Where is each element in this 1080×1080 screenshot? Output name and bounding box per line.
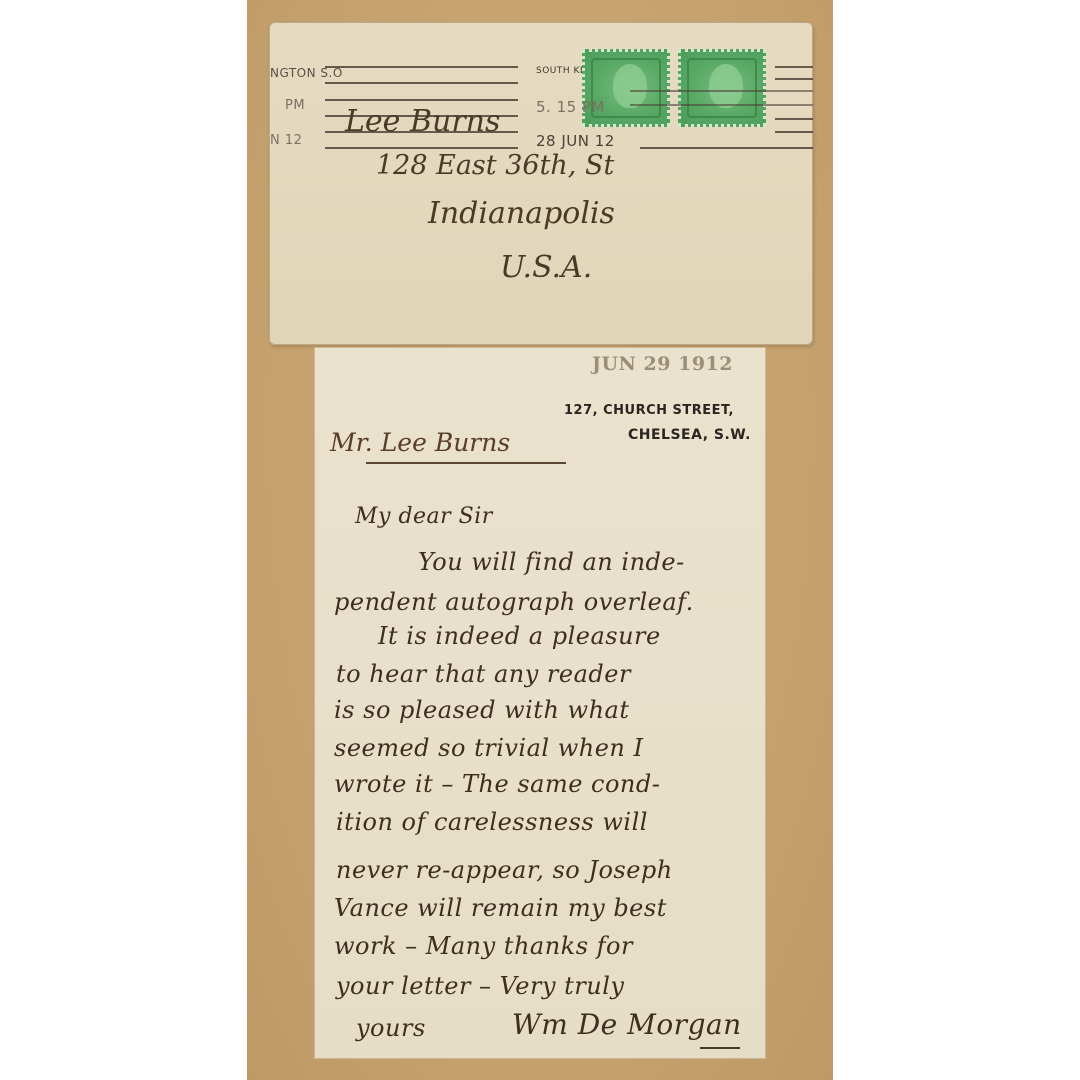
letter-line: ition of carelessness will [336, 808, 648, 836]
letter-signature: Wm De Morgan [512, 1008, 742, 1041]
letter-line: to hear that any reader [336, 660, 631, 688]
letterhead-line-1: 127, CHURCH STREET, [564, 403, 734, 418]
envelope-street: 128 East 36th, St [376, 150, 614, 181]
recipient-underline [366, 462, 566, 464]
letter-line: pendent autograph overleaf. [334, 588, 694, 616]
postmark-right-time: 5. 15 PM [536, 98, 605, 116]
envelope-country: U.S.A. [500, 250, 592, 285]
postmark-left-office: NGTON S.O [270, 66, 343, 80]
letter-line: wrote it – The same cond- [334, 770, 660, 798]
letter-line: It is indeed a pleasure [378, 622, 661, 650]
letter-line: work – Many thanks for [334, 932, 633, 960]
postmark-left-time: PM [285, 98, 305, 113]
letter-line: My dear Sir [355, 504, 493, 529]
received-date-stamp: JUN 29 1912 [592, 353, 733, 375]
letter-line: seemed so trivial when I [334, 734, 643, 762]
envelope-city: Indianapolis [428, 196, 615, 231]
postmark-right-date: 28 JUN 12 [536, 132, 615, 150]
letterhead-line-2: CHELSEA, S.W. [628, 427, 751, 443]
letter-line: your letter – Very truly [336, 972, 624, 1000]
letter-line: You will find an inde- [418, 548, 685, 576]
letter-closing: yours [356, 1014, 426, 1042]
letter-line: is so pleased with what [334, 696, 629, 724]
postage-stamp-2 [678, 49, 766, 127]
letter-line: never re-appear, so Joseph [336, 856, 673, 884]
envelope-addressee: Lee Burns [345, 104, 500, 139]
letter-recipient: Mr. Lee Burns [330, 428, 510, 457]
letter-line: Vance will remain my best [334, 894, 667, 922]
postmark-left-date: N 12 [270, 133, 302, 148]
signature-flourish [700, 1047, 740, 1049]
